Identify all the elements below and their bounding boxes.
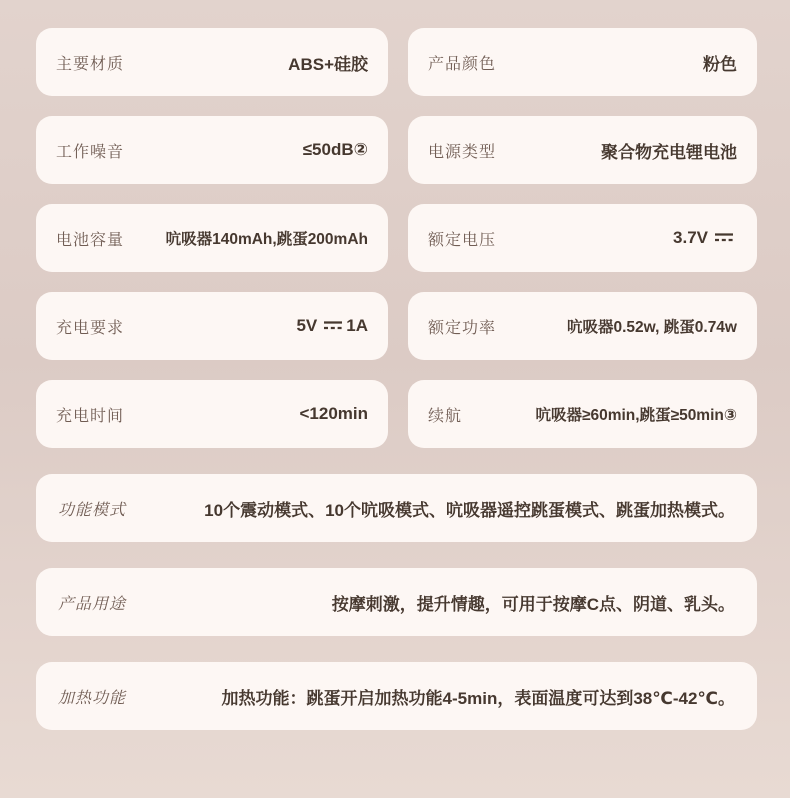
dc-power-icon — [713, 231, 735, 243]
spec-card-rated-power: 额定功率 吭吸器0.52w, 跳蛋0.74w — [408, 292, 757, 360]
spec-card-battery-capacity: 电池容量 吭吸器140mAh,跳蛋200mAh — [36, 204, 388, 272]
spec-value: 粉色 — [703, 50, 737, 75]
spec-card-rated-voltage: 额定电压 3.7V — [408, 204, 757, 272]
spec-value: 吭吸器≥60min,跳蛋≥50min③ — [535, 403, 737, 425]
spec-label: 额定功率 — [428, 315, 496, 338]
spec-value: 3.7V — [673, 228, 737, 248]
spec-label: 充电时间 — [56, 403, 124, 426]
detail-value: 10个震动模式、10个吭吸模式、吭吸器遥控跳蛋模式、跳蛋加热模式。 — [126, 496, 735, 521]
spec-grid: 主要材质 ABS+硅胶 产品颜色 粉色 工作噪音 ≤50dB② 电源类型 聚合物… — [36, 28, 757, 448]
spec-card-charging-time: 充电时间 <120min — [36, 380, 388, 448]
spec-card-product-color: 产品颜色 粉色 — [408, 28, 757, 96]
spec-label: 电池容量 — [56, 227, 124, 250]
spec-card-power-type: 电源类型 聚合物充电锂电池 — [408, 116, 757, 184]
spec-value: 5V1A — [296, 316, 368, 336]
spec-label: 电源类型 — [428, 139, 496, 162]
spec-label: 工作噪音 — [56, 139, 124, 162]
spec-card-charging-requirement: 充电要求 5V1A — [36, 292, 388, 360]
spec-value: 吭吸器0.52w, 跳蛋0.74w — [567, 315, 737, 337]
dc-power-icon — [322, 319, 344, 331]
detail-value: 按摩刺激，提升情趣，可用于按摩C点、阴道、乳头。 — [126, 590, 735, 615]
detail-card-product-usage: 产品用途 按摩刺激，提升情趣，可用于按摩C点、阴道、乳头。 — [36, 568, 757, 636]
detail-card-function-modes: 功能模式 10个震动模式、10个吭吸模式、吭吸器遥控跳蛋模式、跳蛋加热模式。 — [36, 474, 757, 542]
detail-value: 加热功能：跳蛋开启加热功能4-5min，表面温度可达到38℃-42℃。 — [126, 684, 735, 709]
spec-label: 额定电压 — [428, 227, 496, 250]
detail-label: 功能模式 — [58, 497, 126, 520]
spec-value: 聚合物充电锂电池 — [601, 138, 737, 163]
spec-card-battery-life: 续航 吭吸器≥60min,跳蛋≥50min③ — [408, 380, 757, 448]
spec-label: 充电要求 — [56, 315, 124, 338]
spec-value: ≤50dB② — [303, 140, 368, 160]
product-spec-sheet: 主要材质 ABS+硅胶 产品颜色 粉色 工作噪音 ≤50dB② 电源类型 聚合物… — [0, 0, 790, 798]
spec-value: 吭吸器140mAh,跳蛋200mAh — [166, 227, 368, 249]
spec-label: 续航 — [428, 403, 462, 426]
spec-card-material: 主要材质 ABS+硅胶 — [36, 28, 388, 96]
spec-value: <120min — [299, 404, 368, 424]
detail-card-heating-function: 加热功能 加热功能：跳蛋开启加热功能4-5min，表面温度可达到38℃-42℃。 — [36, 662, 757, 730]
spec-label: 主要材质 — [56, 51, 124, 74]
detail-label: 加热功能 — [58, 685, 126, 708]
spec-value: ABS+硅胶 — [288, 50, 368, 75]
spec-label: 产品颜色 — [428, 51, 496, 74]
detail-label: 产品用途 — [58, 591, 126, 614]
spec-card-working-noise: 工作噪音 ≤50dB② — [36, 116, 388, 184]
